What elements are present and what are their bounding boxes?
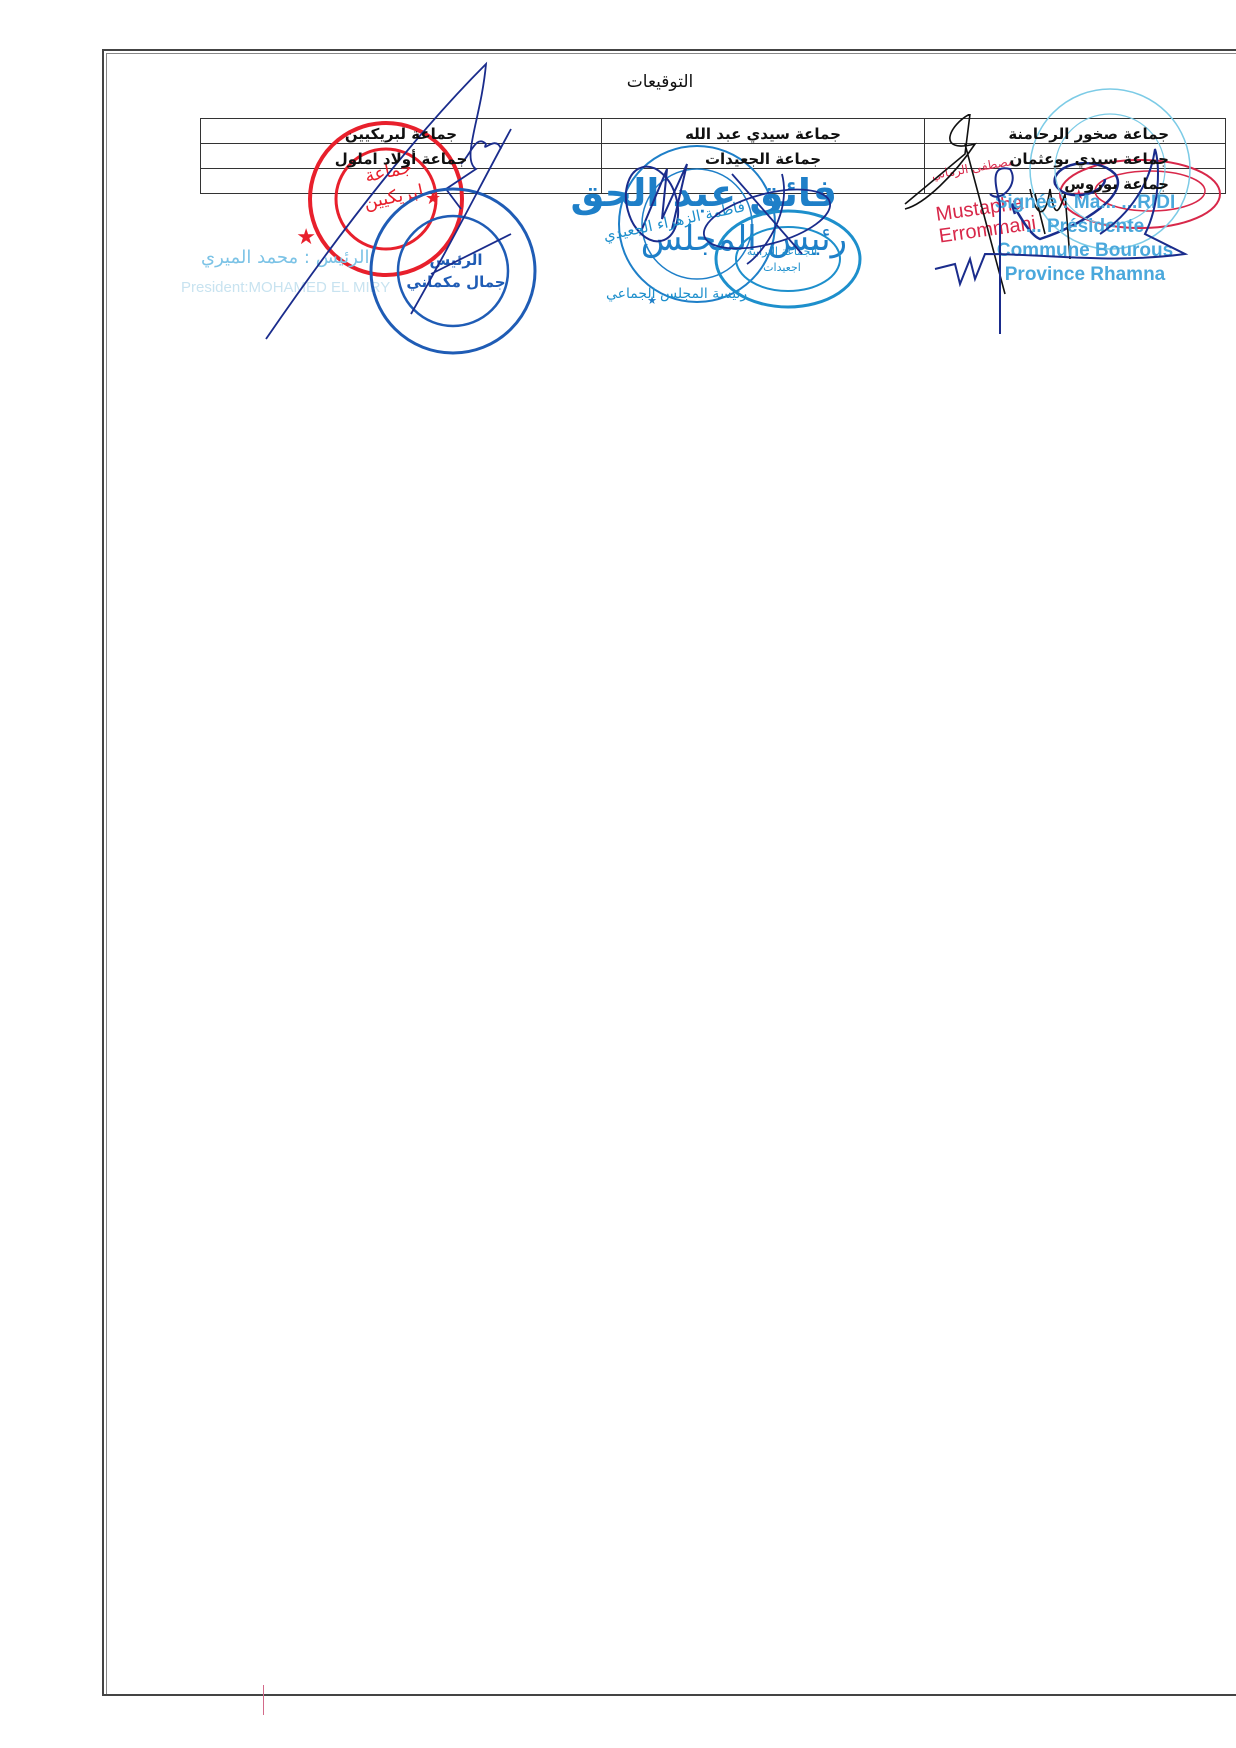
cell-label: جماعة سيدي عبد الله [602,119,924,143]
cell-label: جماعة أولاد املول [201,144,601,168]
cell-label: جماعة لبريكيين [201,119,601,143]
signature-cell-jaaidate: جماعة الجعيدات الجماعة الترابية اجعيدات … [602,144,925,169]
signature-cell-sidi-bouathmane: جماعة سيدي بوعثمان [925,144,1226,169]
cell-label: جماعة صخور الرحامنة [925,119,1225,143]
page-heading: التوقيعات [560,72,760,92]
cell-label: جماعة بوروس [925,169,1225,193]
signature-cell-lbrikiyine: جماعة لبريكيين ★ ★ جماعة لبريكيين الرئيس… [201,119,602,144]
scan-artifact [263,1685,264,1715]
page-border-frame [102,49,1236,1696]
table-row: جماعة سيدي بوعثمان جماعة الجعيدات الجماع… [201,144,1226,169]
cell-label: جماعة سيدي بوعثمان [925,144,1225,168]
signatures-table: جماعة صخور الرحامنة ★ Mustapha Errommani… [200,118,1226,194]
signature-cell-empty [602,169,925,194]
table-row: جماعة بوروس Signée : Ma... ...RIDI Prési… [201,169,1226,194]
signature-cell-empty [201,169,602,194]
signature-cell-sidi-abdellah: جماعة سيدي عبد الله ★ فائق عبد الحق رئيس… [602,119,925,144]
signature-cell-bourous: جماعة بوروس Signée : Ma... ...RIDI Prési… [925,169,1226,194]
signature-cell-skhour-rhamna: جماعة صخور الرحامنة ★ Mustapha Errommani… [925,119,1226,144]
table-row: جماعة صخور الرحامنة ★ Mustapha Errommani… [201,119,1226,144]
cell-label: جماعة الجعيدات [602,144,924,168]
signature-cell-ouled-amloul: جماعة أولاد املول الرئيس جمال مكماني [201,144,602,169]
